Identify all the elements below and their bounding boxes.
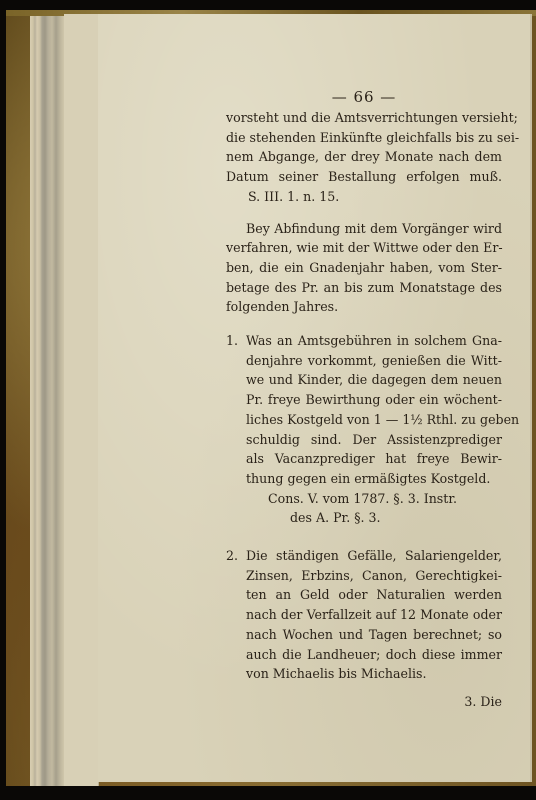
text-line: Datum seiner Bestallung erfolgen muß. bbox=[226, 167, 502, 187]
text-line: we und Kinder, die dagegen dem neuen bbox=[246, 370, 502, 390]
numbered-item-2: 2. Die ständigen Gefälle, Salariengelder… bbox=[226, 546, 502, 684]
text-line: Was an Amtsgebühren in solchem Gna- bbox=[246, 331, 502, 351]
item-number: 2. bbox=[226, 546, 238, 566]
text-line: auch die Landheuer; doch diese immer bbox=[246, 645, 502, 665]
text-line: folgenden Jahres. bbox=[226, 297, 502, 317]
text-line: nach der Verfallzeit auf 12 Monate oder bbox=[246, 605, 502, 625]
gutter-leaf bbox=[64, 14, 99, 786]
text-line: Zinsen, Erbzins, Canon, Gerechtigkei- bbox=[246, 566, 502, 586]
text-line: verfahren, wie mit der Wittwe oder den E… bbox=[226, 238, 502, 258]
item-number: 1. bbox=[226, 331, 238, 351]
paragraph-abfindung: Bey Abfindung mit dem Vorgänger wird ver… bbox=[226, 219, 502, 318]
text-line: die stehenden Einkünfte gleichfalls bis … bbox=[226, 128, 502, 148]
text-line: liches Kostgeld von 1 — 1½ Rthl. zu gebe… bbox=[246, 410, 502, 430]
text-line: Bey Abfindung mit dem Vorgänger wird bbox=[226, 219, 502, 239]
text-line: als Vacanzprediger hat freye Bewir- bbox=[246, 449, 502, 469]
numbered-item-1: 1. Was an Amtsgebühren in solchem Gna- d… bbox=[226, 331, 502, 528]
text-line: vorsteht und die Amtsverrichtungen versi… bbox=[226, 108, 502, 128]
legal-reference: Cons. V. vom 1787. §. 3. Instr. bbox=[246, 489, 502, 509]
text-line: nem Abgange, der drey Monate nach dem bbox=[226, 147, 502, 167]
text-line: ben, die ein Gnadenjahr haben, vom Ster- bbox=[226, 258, 502, 278]
text-line: ten an Geld oder Naturalien werden bbox=[246, 585, 502, 605]
text-line: von Michaelis bis Michaelis. bbox=[246, 664, 502, 684]
catchword: 3. Die bbox=[226, 692, 502, 712]
text-line: thung gegen ein ermäßigtes Kostgeld. bbox=[246, 469, 502, 489]
legal-reference: S. III. 1. n. 15. bbox=[226, 187, 502, 207]
page-edges-stack bbox=[30, 16, 64, 786]
text-line: denjahre vorkommt, genießen die Witt- bbox=[246, 351, 502, 371]
page-text-body: vorsteht und die Amtsverrichtungen versi… bbox=[226, 88, 502, 712]
text-line: nach Wochen und Tagen berechnet; so bbox=[246, 625, 502, 645]
text-line: schuldig sind. Der Assistenzprediger bbox=[246, 430, 502, 450]
text-line: betage des Pr. an bis zum Monatstage des bbox=[226, 278, 502, 298]
paragraph-continuation: vorsteht und die Amtsverrichtungen versi… bbox=[226, 108, 502, 207]
text-line: Die ständigen Gefälle, Salariengelder, bbox=[246, 546, 502, 566]
legal-reference: des A. Pr. §. 3. bbox=[246, 508, 502, 528]
text-line: Pr. freye Bewirthung oder ein wöchent- bbox=[246, 390, 502, 410]
